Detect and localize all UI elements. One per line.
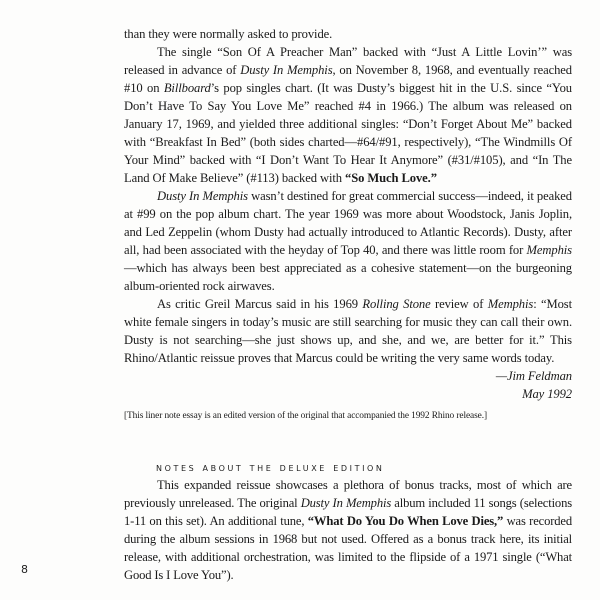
text-run: ’s pop singles chart. (It was Dusty’s bi… [124, 81, 572, 185]
text-run: As critic Greil Marcus said in his 1969 [157, 297, 362, 311]
album-title: Dusty In Memphis [157, 189, 248, 203]
essay-paragraph-0: than they were normally asked to provide… [124, 25, 572, 43]
essay-paragraph-2: Dusty In Memphis wasn’t destined for gre… [124, 187, 572, 295]
liner-notes-page: than they were normally asked to provide… [0, 0, 600, 600]
text-run: review of [431, 297, 488, 311]
magazine-title: Billboard [164, 81, 211, 95]
album-title: Dusty In Memphis [301, 496, 391, 510]
album-title-short: Memphis [527, 243, 572, 257]
text-run: —which has always been best appreciated … [124, 261, 572, 293]
page-number: 8 [21, 563, 28, 576]
footnote: [This liner note essay is an edited vers… [124, 409, 572, 423]
essay-paragraph-1: The single “Son Of A Preacher Man” backe… [124, 43, 572, 187]
deluxe-paragraph: This expanded reissue showcases a pletho… [124, 476, 572, 584]
song-title-bold: “So Much Love.” [345, 171, 437, 185]
essay-column: than they were normally asked to provide… [124, 25, 572, 423]
deluxe-edition-section: Notes About the Deluxe Edition This expa… [124, 459, 572, 584]
section-heading: Notes About the Deluxe Edition [156, 459, 572, 475]
album-title: Dusty In Memphis [240, 63, 332, 77]
album-title-short: Memphis [488, 297, 533, 311]
signature-date: May 1992 [124, 385, 572, 403]
magazine-title: Rolling Stone [362, 297, 430, 311]
signature-author: —Jim Feldman [124, 367, 572, 385]
essay-paragraph-3: As critic Greil Marcus said in his 1969 … [124, 295, 572, 367]
song-title-bold: “What Do You Do When Love Dies,” [308, 514, 503, 528]
